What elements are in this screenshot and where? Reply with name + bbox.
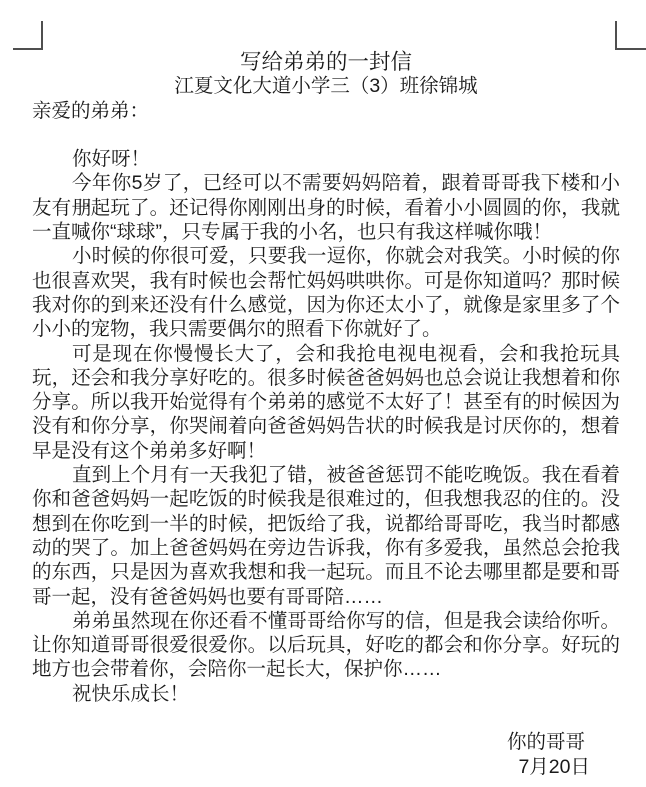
- letter-body: 你好呀！今年你5岁了，已经可以不需要妈妈陪着，跟着哥哥我下楼和小朋友有一起玩了。…: [32, 147, 620, 706]
- letter-date: 7月20日: [32, 755, 620, 779]
- letter-line: 祝快乐成长！: [32, 682, 620, 706]
- letter-line: 你好呀！: [32, 147, 620, 171]
- letter-line: 玩，还会和我分享好吃的。很多时候爸爸妈妈也总会说让我想着和你: [32, 366, 620, 390]
- letter-line: 一直喊你“球球”，只专属于我的小名，也只有我这样喊你哦！: [32, 220, 620, 244]
- letter-signature: 你的哥哥: [32, 730, 620, 754]
- letter-line: 你和爸爸妈妈一起吃饭的时候我是很难过的，但我想我忍的住的。没: [32, 487, 620, 511]
- letter-line: 想到在你吃到一半的时候，把饭给了我，说都给哥哥吃，我当时都感: [32, 512, 620, 536]
- letter-line: 早是没有这个弟弟多好啊！: [32, 439, 620, 463]
- letter-line: 也很喜欢哭，我有时候也会帮忙妈妈哄哄你。可是你知道吗？那时候: [32, 269, 620, 293]
- letter-line: 今年你5岁了，已经可以不需要妈妈陪着，跟着哥哥我下楼和小朋: [32, 171, 620, 195]
- blank-line: [32, 706, 620, 730]
- letter-byline: 江夏文化大道小学三（3）班徐锦城: [32, 74, 620, 98]
- letter-line: 直到上个月有一天我犯了错，被爸爸惩罚不能吃晚饭。我在看着: [32, 463, 620, 487]
- letter-line: 我对你的到来还没有什么感觉，因为你还太小了，就像是家里多了个: [32, 293, 620, 317]
- letter-line: 小小的宠物，我只需要偶尔的照看下你就好了。: [32, 317, 620, 341]
- letter-line: 动的哭了。加上爸爸妈妈在旁边告诉我，你有多爱我，虽然总会抢我: [32, 536, 620, 560]
- letter-line: 小时候的你很可爱，只要我一逗你，你就会对我笑。小时候的你: [32, 244, 620, 268]
- blank-line: [32, 123, 620, 147]
- letter-line: 分享。所以我开始觉得有个弟弟的感觉不太好了！甚至有的时候因为: [32, 390, 620, 414]
- letter-line: 地方也会带着你，会陪你一起长大，保护你……: [32, 657, 620, 681]
- letter-line: 可是现在你慢慢长大了，会和我抢电视电视看，会和我抢玩具: [32, 342, 620, 366]
- letter-line: 弟弟虽然现在你还看不懂哥哥给你写的信，但是我会读给你听。: [32, 609, 620, 633]
- letter-line: 的东西，只是因为喜欢我想和我一起玩。而且不论去哪里都是要和哥: [32, 560, 620, 584]
- letter-line: 友有一起玩了。还记得你刚刚出身的时候，看着小小圆圆的你，我就: [32, 196, 620, 220]
- letter-salutation: 亲爱的弟弟：: [32, 99, 620, 123]
- letter-title: 写给弟弟的一封信: [32, 50, 620, 74]
- page-margin-mark-top-right: [615, 21, 646, 50]
- letter-document: 写给弟弟的一封信 江夏文化大道小学三（3）班徐锦城 亲爱的弟弟： 你好呀！今年你…: [32, 50, 620, 779]
- letter-line: 哥一起，没有爸爸妈妈也要有哥哥陪……: [32, 585, 620, 609]
- letter-line: 让你知道哥哥很爱很爱你。以后玩具，好吃的都会和你分享。好玩的: [32, 633, 620, 657]
- letter-line: 没有和你分享，你哭闹着向爸爸妈妈告状的时候我是讨厌你的，想着: [32, 414, 620, 438]
- page-margin-mark-top-left: [13, 21, 43, 50]
